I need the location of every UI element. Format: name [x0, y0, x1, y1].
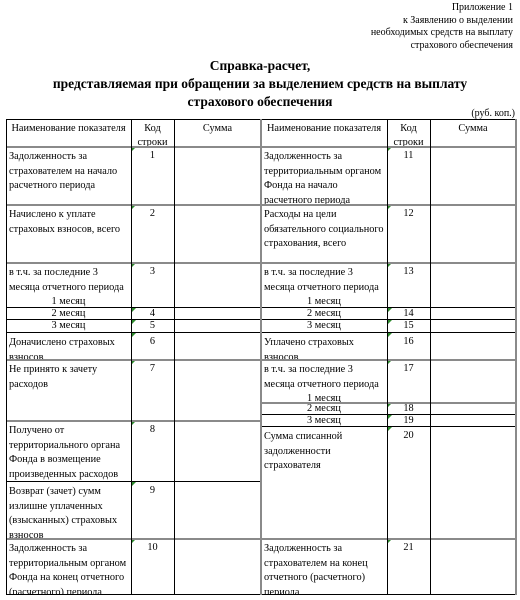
- document-title: Справка-расчет, представляемая при обращ…: [0, 57, 520, 111]
- sum-input[interactable]: [430, 205, 516, 263]
- row-label: в т.ч. за последние 3 месяца отчетного п…: [264, 266, 384, 295]
- sum-input[interactable]: [430, 263, 516, 308]
- row-code: 16: [387, 333, 430, 360]
- row-code: 6: [131, 333, 174, 360]
- row-name: Получено от территориального органа Фонд…: [6, 421, 131, 482]
- sum-input[interactable]: [174, 263, 261, 308]
- sum-input[interactable]: [174, 360, 261, 421]
- title-line: представляемая при обращении за выделени…: [0, 75, 520, 93]
- row-label: в т.ч. за последние 3 месяца отчетного п…: [264, 363, 384, 392]
- sum-input[interactable]: [174, 421, 261, 482]
- table-rule: [6, 262, 261, 264]
- header-code-left: Код строки: [131, 119, 174, 147]
- table-rule: [6, 538, 261, 540]
- row-name: Уплачено страховых взносов: [261, 333, 387, 360]
- row-code: 2: [131, 205, 174, 263]
- row-name: Задолженность за территориальным органом…: [261, 147, 387, 205]
- row-name: Начислено к уплате страховых взносов, вс…: [6, 205, 131, 263]
- sum-input[interactable]: [174, 482, 261, 539]
- table-rule: [6, 307, 261, 308]
- row-name: в т.ч. за последние 3 месяца отчетного п…: [261, 360, 387, 403]
- row-label: в т.ч. за последние 3 месяца отчетного п…: [9, 266, 128, 295]
- row-name: в т.ч. за последние 3 месяца отчетного п…: [261, 263, 387, 308]
- row-name: Сумма списанной задолженности страховате…: [261, 427, 387, 539]
- table-rule: [261, 414, 516, 415]
- row-code: 9: [131, 482, 174, 539]
- header-name-right: Наименование показателя: [261, 119, 387, 147]
- sum-input[interactable]: [430, 427, 516, 539]
- header-name-left: Наименование показателя: [6, 119, 131, 147]
- title-line: страхового обеспечения: [0, 93, 520, 111]
- header-sum-right: Сумма: [430, 119, 516, 147]
- row-name: Не принято к зачету расходов: [6, 360, 131, 421]
- table-rule: [261, 262, 516, 264]
- row-code: 7: [131, 360, 174, 421]
- sum-input[interactable]: [174, 333, 261, 360]
- table-rule: [261, 332, 516, 333]
- row-name: Задолженность за территориальным органом…: [6, 539, 131, 595]
- appendix-line: к Заявлению о выделении: [313, 15, 513, 28]
- units-label: (руб. коп.): [471, 108, 515, 119]
- header-code-right: Код строки: [387, 119, 430, 147]
- row-code: 3: [131, 263, 174, 308]
- sum-input[interactable]: [430, 539, 516, 595]
- table-rule: [6, 119, 7, 595]
- table-rule: [261, 359, 516, 361]
- table-rule: [261, 538, 516, 540]
- row-code: 12: [387, 205, 430, 263]
- table-rule: [174, 119, 175, 595]
- row-code: 11: [387, 147, 430, 205]
- row-code: 17: [387, 360, 430, 403]
- table-rule: [6, 420, 261, 422]
- row-name: в т.ч. за последние 3 месяца отчетного п…: [6, 263, 131, 308]
- table-rule: [515, 119, 517, 595]
- table-rule: [261, 204, 516, 206]
- row-code: 1: [131, 147, 174, 205]
- table-rule: [430, 119, 431, 595]
- row-code: 21: [387, 539, 430, 595]
- sum-input[interactable]: [430, 360, 516, 403]
- appendix-line: Приложение 1: [313, 2, 513, 15]
- table-rule: [6, 204, 261, 206]
- table-rule: [261, 307, 516, 308]
- table-rule: [6, 481, 261, 482]
- sum-input[interactable]: [174, 147, 261, 205]
- row-name: Задолженность за страхователем на начало…: [6, 147, 131, 205]
- appendix-line: страхового обеспечения: [313, 40, 513, 53]
- row-code: 13: [387, 263, 430, 308]
- table-rule: [261, 402, 516, 404]
- row-code: 20: [387, 427, 430, 539]
- row-code: 8: [131, 421, 174, 482]
- sum-input[interactable]: [174, 539, 261, 595]
- sum-input[interactable]: [430, 333, 516, 360]
- table-rule: [261, 319, 516, 320]
- table-rule: [131, 119, 132, 595]
- table-rule: [6, 319, 261, 320]
- table-rule: [6, 332, 261, 333]
- table-rule: [6, 594, 261, 595]
- table-rule: [260, 119, 262, 595]
- row-name: Доначислено страховых взносов: [6, 333, 131, 360]
- appendix-line: необходимых средств на выплату: [313, 27, 513, 40]
- appendix-note: Приложение 1 к Заявлению о выделении нео…: [313, 2, 513, 52]
- table-rule: [387, 119, 388, 595]
- table-rule: [261, 594, 516, 595]
- sum-input[interactable]: [430, 147, 516, 205]
- row-name: Расходы на цели обязательного социальног…: [261, 205, 387, 263]
- row-name: Задолженность за страхователем на конец …: [261, 539, 387, 595]
- table-rule: [6, 359, 261, 361]
- row-name: Возврат (зачет) сумм излишне уплаченных …: [6, 482, 131, 539]
- header-sum-left: Сумма: [174, 119, 261, 147]
- table-rule: [261, 426, 516, 427]
- sum-input[interactable]: [174, 205, 261, 263]
- row-code: 10: [131, 539, 174, 595]
- title-line: Справка-расчет,: [0, 57, 520, 75]
